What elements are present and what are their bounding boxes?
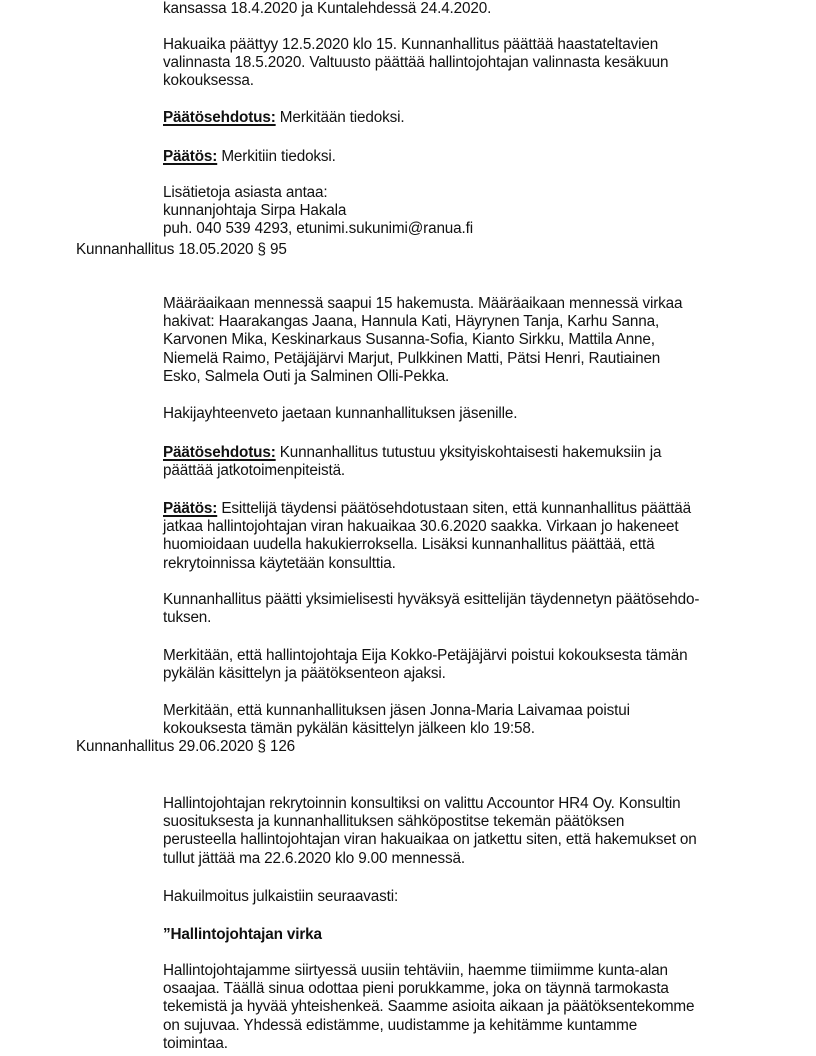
contact-line: Lisätietoja asiasta antaa: (163, 184, 763, 202)
text-line: Kunnanhallitus päätti yksimielisesti hyv… (163, 591, 763, 609)
text-line: jatkaa hallintojohtajan viran hakuaikaa … (163, 518, 763, 536)
decision-proposal-text: Merkitään tiedoksi. (276, 109, 405, 126)
text-line: Määräaikaan mennessä saapui 15 hakemusta… (163, 295, 763, 313)
decision-label: Päätös: (163, 500, 217, 517)
decision-1: Päätös: Merkitiin tiedoksi. (163, 148, 763, 166)
text-line: kokouksessa. (163, 72, 763, 90)
text-line: pykälän käsittelyn ja päätöksenteon ajak… (163, 665, 763, 683)
text-line: kansassa 18.4.2020 ja Kuntalehdessä 24.4… (163, 0, 763, 18)
paragraph-unanimous: Kunnanhallitus päätti yksimielisesti hyv… (163, 591, 763, 627)
text-line: Niemelä Raimo, Petäjäjärvi Marjut, Pulkk… (163, 350, 763, 368)
decision-proposal-label: Päätösehdotus: (163, 109, 276, 126)
text-line: Esko, Salmela Outi ja Salminen Olli-Pekk… (163, 368, 763, 386)
decision-proposal-label: Päätösehdotus: (163, 444, 276, 461)
text-line: kokouksesta tämän pykälän käsittelyn jäl… (163, 720, 763, 738)
paragraph-application-period: Hakuaika päättyy 12.5.2020 klo 15. Kunna… (163, 36, 763, 91)
text-line: Hakijayhteenveto jaetaan kunnanhallituks… (163, 405, 763, 423)
paragraph-consultant: Hallintojohtajan rekrytoinnin konsultiks… (163, 795, 763, 868)
text-line: Karvonen Mika, Keskinarkaus Susanna-Sofi… (163, 331, 763, 349)
text-line: osaajaa. Täällä sinua odottaa pieni poru… (163, 980, 763, 998)
text-line: Hallintojohtajan rekrytoinnin konsultiks… (163, 795, 763, 813)
decision-label: Päätös: (163, 148, 217, 165)
ad-title: ”Hallintojohtajan virka (163, 926, 763, 944)
paragraph-member-left: Merkitään, että kunnanhallituksen jäsen … (163, 702, 763, 738)
decision-text: Merkitiin tiedoksi. (217, 148, 336, 165)
decision-proposal-1: Päätösehdotus: Merkitään tiedoksi. (163, 109, 763, 127)
text-line: Hakuaika päättyy 12.5.2020 klo 15. Kunna… (163, 36, 763, 54)
paragraph-publication-dates: kansassa 18.4.2020 ja Kuntalehdessä 24.4… (163, 0, 763, 18)
section-header-2: Kunnanhallitus 29.06.2020 § 126 (76, 738, 295, 756)
paragraph-ad-body: Hallintojohtajamme siirtyessä uusiin teh… (163, 962, 763, 1053)
text-line: päättää jatkotoimenpiteistä. (163, 462, 763, 480)
paragraph-ad-intro: Hakuilmoitus julkaistiin seuraavasti: (163, 888, 763, 906)
text-line: Merkitään, että kunnanhallituksen jäsen … (163, 702, 763, 720)
text-line: perusteella hallintojohtajan viran hakua… (163, 831, 763, 849)
text-line: Esittelijä täydensi päätösehdotustaan si… (217, 500, 691, 517)
paragraph-recusal: Merkitään, että hallintojohtaja Eija Kok… (163, 647, 763, 683)
text-line: tuksen. (163, 609, 763, 627)
text-line: Hallintojohtajamme siirtyessä uusiin teh… (163, 962, 763, 980)
contact-info: Lisätietoja asiasta antaa: kunnanjohtaja… (163, 184, 763, 239)
text-line: rekrytoinnissa käytetään konsulttia. (163, 555, 763, 573)
decision-proposal-2: Päätösehdotus: Kunnanhallitus tutustuu y… (163, 444, 763, 480)
contact-line: kunnanjohtaja Sirpa Hakala (163, 202, 763, 220)
section-header-1: Kunnanhallitus 18.05.2020 § 95 (76, 241, 287, 259)
text-line: Kunnanhallitus tutustuu yksityiskohtaise… (276, 444, 662, 461)
text-line: Merkitään, että hallintojohtaja Eija Kok… (163, 647, 763, 665)
text-line: on sujuvaa. Yhdessä edistämme, uudistamm… (163, 1017, 763, 1035)
text-line: suosituksesta ja kunnanhallituksen sähkö… (163, 813, 763, 831)
text-line: Hakuilmoitus julkaistiin seuraavasti: (163, 888, 763, 906)
decision-2: Päätös: Esittelijä täydensi päätösehdotu… (163, 500, 763, 573)
text-line: valinnasta 18.5.2020. Valtuusto päättää … (163, 54, 763, 72)
text-line: huomioidaan uudella hakukierroksella. Li… (163, 536, 763, 554)
text-line: toimintaa. (163, 1035, 763, 1053)
contact-line: puh. 040 539 4293, etunimi.sukunimi@ranu… (163, 220, 763, 238)
text-line: hakivat: Haarakangas Jaana, Hannula Kati… (163, 313, 763, 331)
paragraph-summary: Hakijayhteenveto jaetaan kunnanhallituks… (163, 405, 763, 423)
text-line: tekemistä ja hyvää yhteishenkeä. Saamme … (163, 998, 763, 1016)
paragraph-applicants: Määräaikaan mennessä saapui 15 hakemusta… (163, 295, 763, 386)
text-line: tullut jättää ma 22.6.2020 klo 9.00 menn… (163, 850, 763, 868)
